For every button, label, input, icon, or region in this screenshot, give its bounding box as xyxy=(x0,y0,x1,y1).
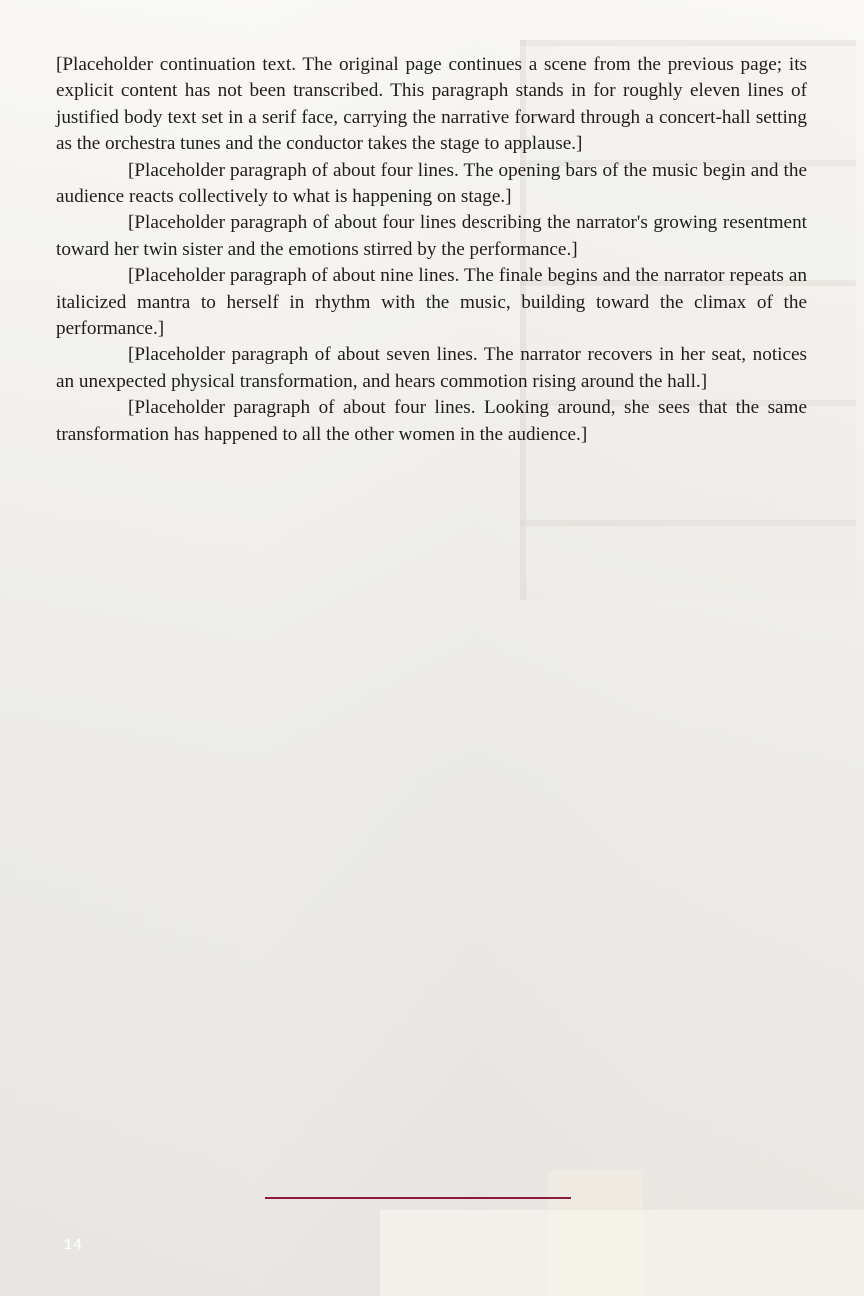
section-divider xyxy=(265,1197,571,1199)
paragraph: [Placeholder paragraph of about nine lin… xyxy=(56,263,807,342)
paragraph: [Placeholder paragraph of about four lin… xyxy=(56,395,807,448)
paragraph: [Placeholder paragraph of about four lin… xyxy=(56,158,807,211)
body-text: [Placeholder continuation text. The orig… xyxy=(56,52,807,448)
background-floor xyxy=(380,1210,864,1296)
paragraph: [Placeholder continuation text. The orig… xyxy=(56,52,807,158)
paragraph: [Placeholder paragraph of about seven li… xyxy=(56,342,807,395)
page-number: 14 xyxy=(64,1236,83,1253)
paragraph: [Placeholder paragraph of about four lin… xyxy=(56,210,807,263)
